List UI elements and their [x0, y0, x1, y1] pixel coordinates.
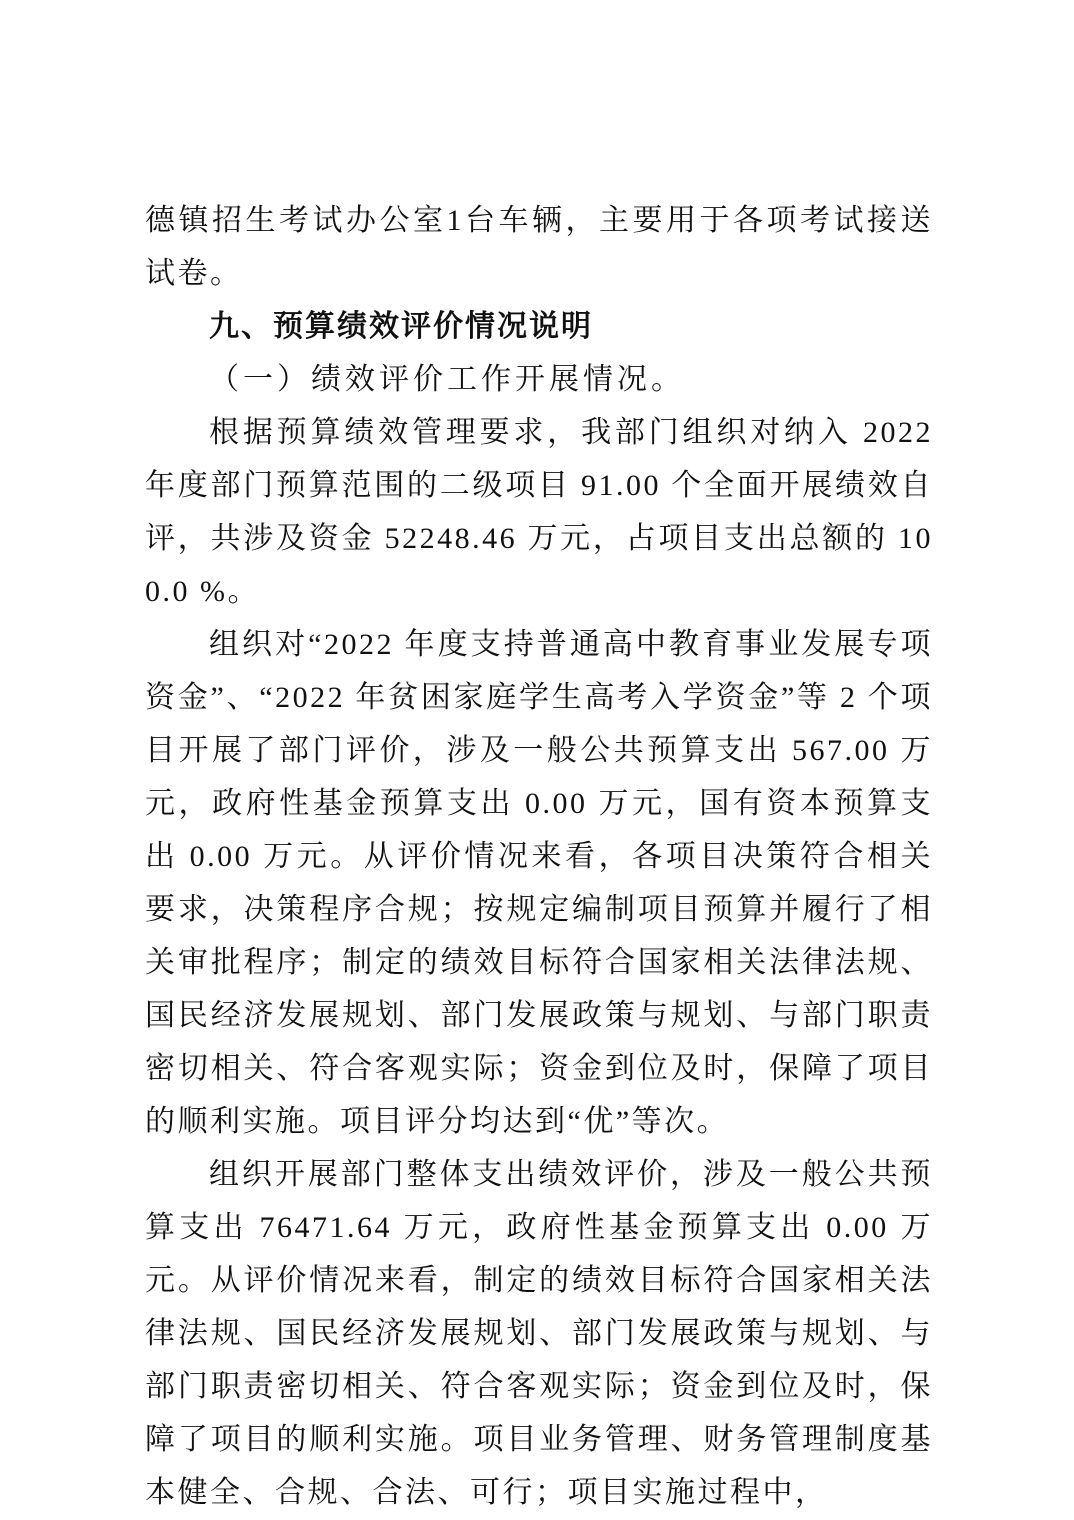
subsection-heading-evaluation-work: （一）绩效评价工作开展情况。	[145, 353, 933, 406]
paragraph-vehicle-continuation: 德镇招生考试办公室1台车辆，主要用于各项考试接送试卷。	[145, 194, 933, 300]
paragraph-self-evaluation: 根据预算绩效管理要求，我部门组织对纳入 2022 年度部门预算范围的二级项目 9…	[145, 406, 933, 618]
paragraph-project-evaluation: 组织对“2022 年度支持普通高中教育事业发展专项资金”、“2022 年贫困家庭…	[145, 618, 933, 1148]
section-heading-performance-evaluation: 九、预算绩效评价情况说明	[145, 300, 933, 353]
paragraph-overall-expenditure-evaluation: 组织开展部门整体支出绩效评价，涉及一般公共预算支出 76471.64 万元，政府…	[145, 1148, 933, 1519]
document-content: 德镇招生考试办公室1台车辆，主要用于各项考试接送试卷。 九、预算绩效评价情况说明…	[145, 194, 933, 1519]
document-page: 德镇招生考试办公室1台车辆，主要用于各项考试接送试卷。 九、预算绩效评价情况说明…	[0, 0, 1074, 1520]
